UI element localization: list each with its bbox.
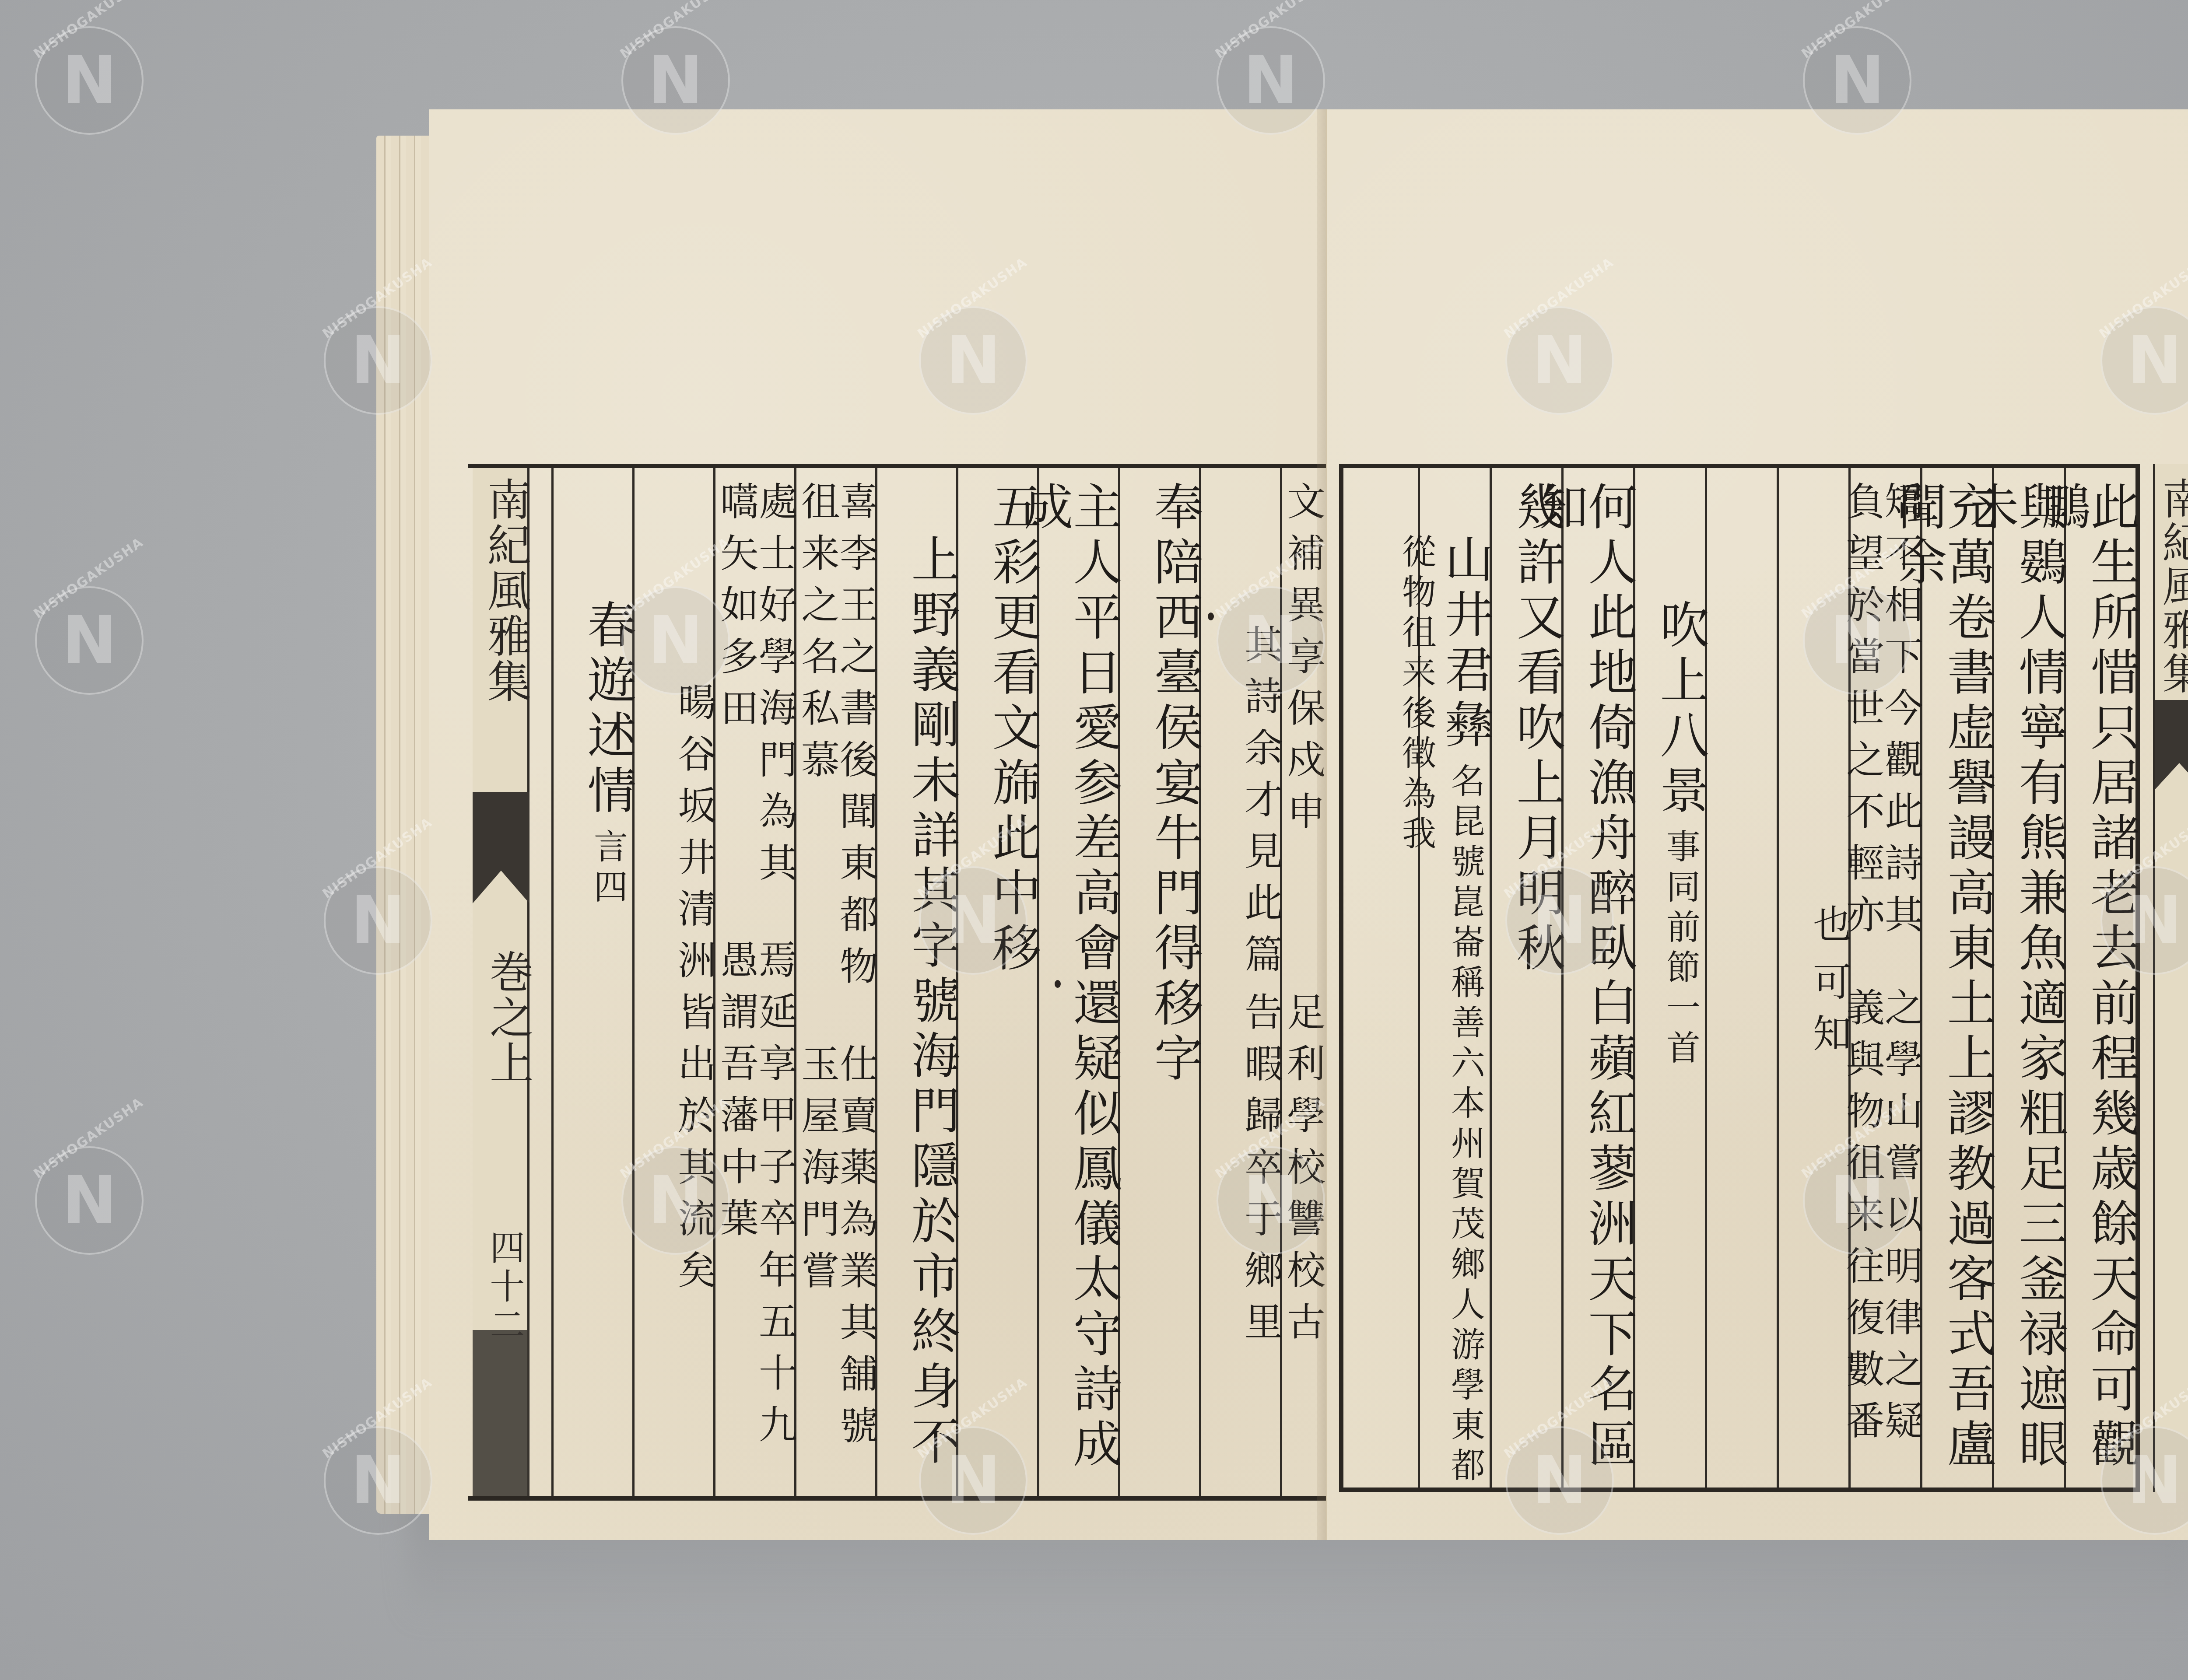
verse-column: 此生所惜只居諸老去前程幾歳餘天命可觀鵬 <box>2064 468 2135 1487</box>
watermark-logo-icon: NNISHOGAKUSHA <box>35 1146 144 1255</box>
poem-title: 春遊述情 <box>579 599 636 820</box>
poem-title-column: 吹上八景事同前節一首 <box>1633 468 1705 1487</box>
right-text-frame: 此生所惜只居諸老去前程幾歳餘天命可觀鵬與鷃人情寧有熊兼魚適家粗足三釜禄遮眼未充萬… <box>1339 464 2140 1492</box>
annotation-line: 矯不相下今觀此詩其負望於當世之不輕亦 <box>1851 481 1920 981</box>
annotation-line: 可知 <box>1779 962 1848 1065</box>
poem-title: 吹上八景 <box>1652 599 1709 820</box>
annotation-column: 焉延享甲子卒年五十九愚謂吾藩中葉處士好學海門為其嚆矢如多田 <box>713 468 794 1496</box>
ink-spot <box>1208 612 1214 620</box>
ink-spot <box>1055 980 1061 988</box>
empty-column <box>1346 468 1418 1487</box>
verse-column: 主人平日愛参差高會還疑似鳳儀太守詩成成 <box>1037 468 1118 1496</box>
watermark-logo-icon: NNISHOGAKUSHA <box>35 586 144 695</box>
verse-column: 何人此地倚漁舟醉臥白蘋紅蓼洲天下名區知 <box>1561 468 1633 1487</box>
watermark-label: NISHOGAKUSHA <box>31 0 147 62</box>
author-name: 山井君彝 <box>1437 534 1494 754</box>
verse-text: 五彩更看文旆此中移 <box>988 481 1037 1496</box>
annotation-line: 也 <box>1779 904 1848 955</box>
watermark-logo-icon: NNISHOGAKUSHA <box>35 26 144 135</box>
annotation-column: 仕賣薬為業其舗號玉屋海門嘗喜李王之書後聞東都物徂来之名私慕 <box>794 468 875 1496</box>
empty-column <box>470 468 551 1496</box>
watermark-label: NISHOGAKUSHA <box>1799 0 1914 62</box>
annotation-column: 可知也 <box>1777 468 1848 1487</box>
page-stack-edge <box>376 136 438 1514</box>
annotation-line: 處士好學海門為其嚆矢如多田 <box>715 481 794 934</box>
left-text-frame: 支封西條侯文學嘗赴足利學校讐校古書三年著七經孟子考文補異享保戍申告暇歸卒于鄉里其… <box>468 464 1365 1501</box>
empty-column <box>1705 468 1777 1487</box>
watermark-label: NISHOGAKUSHA <box>1213 0 1328 62</box>
annotation-column: 之學山嘗以明律之疑義與物徂来往復數番矯不相下今觀此詩其負望於當世之不輕亦 <box>1848 468 1920 1487</box>
watermark-glyph: N <box>62 608 117 673</box>
annotation-column: 告暇歸卒于鄉里其詩余才見此篇 <box>1199 468 1280 1496</box>
annotation-line: 之學山嘗以明律之疑義與物徂来往復數番 <box>1851 987 1920 1487</box>
author-heading-column: 山井君彝名昆號崑崙稱善六本州賀茂鄉人游學東都從物徂来後徵為我 <box>1418 468 1490 1487</box>
annotation-line: 喜李王之書後聞東都物徂来之名私慕 <box>796 481 875 1038</box>
annotation-line: 仕賣薬為業其舗號玉屋海門嘗 <box>796 1044 875 1496</box>
left-page: 南紀風雅集 巻之上 四十二 支封西條侯文學嘗赴足利學校讐校古書三年著七經孟子考文… <box>429 109 1326 1540</box>
annotation-line: 焉延享甲子卒年五十九愚謂吾藩中葉 <box>715 940 794 1496</box>
watermark-label: NISHOGAKUSHA <box>31 535 147 622</box>
verse-column: 幾許又看吹上月明秋 <box>1490 468 1561 1487</box>
inline-note: 言四 <box>588 829 628 909</box>
right-margin-strip: 南紀風雅集 <box>2153 464 2188 1492</box>
inline-note: 事同前節一首 <box>1661 829 1700 1070</box>
verse-column: 奉陪西臺侯宴牛門得移字 <box>1118 468 1199 1496</box>
watermark-glyph: N <box>62 48 117 113</box>
annotation-line: 其詩余才見此篇 <box>1201 624 1280 986</box>
verse-text: 幾許又看吹上月明秋 <box>1512 481 1561 1487</box>
verse-text: 奉陪西臺侯宴牛門得移字 <box>1150 481 1199 1496</box>
annotation-column: 暘谷坂井清洲皆出於其流矣 <box>632 468 713 1496</box>
watermark-glyph: N <box>62 1168 117 1233</box>
verse-column: 五彩更看文旆此中移 <box>956 468 1037 1496</box>
author-name: 上野義剛未詳其字號海門隱於市終身不 <box>903 534 960 1471</box>
open-book: 南紀風雅集 巻之上 四十二 支封西條侯文學嘗赴足利學校讐校古書三年著七經孟子考文… <box>376 101 2188 1540</box>
verse-column: 充萬卷書虚譽謾高東土上謬教過客式吾盧聞余 <box>1920 468 1992 1487</box>
annotation-line: 告暇歸卒于鄉里 <box>1201 992 1280 1353</box>
verse-column: 與鷃人情寧有熊兼魚適家粗足三釜禄遮眼未 <box>1992 468 2064 1487</box>
poem-title-column: 春遊述情言四 <box>551 468 632 1496</box>
author-heading-column: 上野義剛未詳其字號海門隱於市終身不 <box>875 468 956 1496</box>
annotation-line: 暘谷坂井清洲皆出於其流矣 <box>635 682 713 1302</box>
watermark-label: NISHOGAKUSHA <box>31 1095 147 1182</box>
watermark-label: NISHOGAKUSHA <box>617 0 733 62</box>
